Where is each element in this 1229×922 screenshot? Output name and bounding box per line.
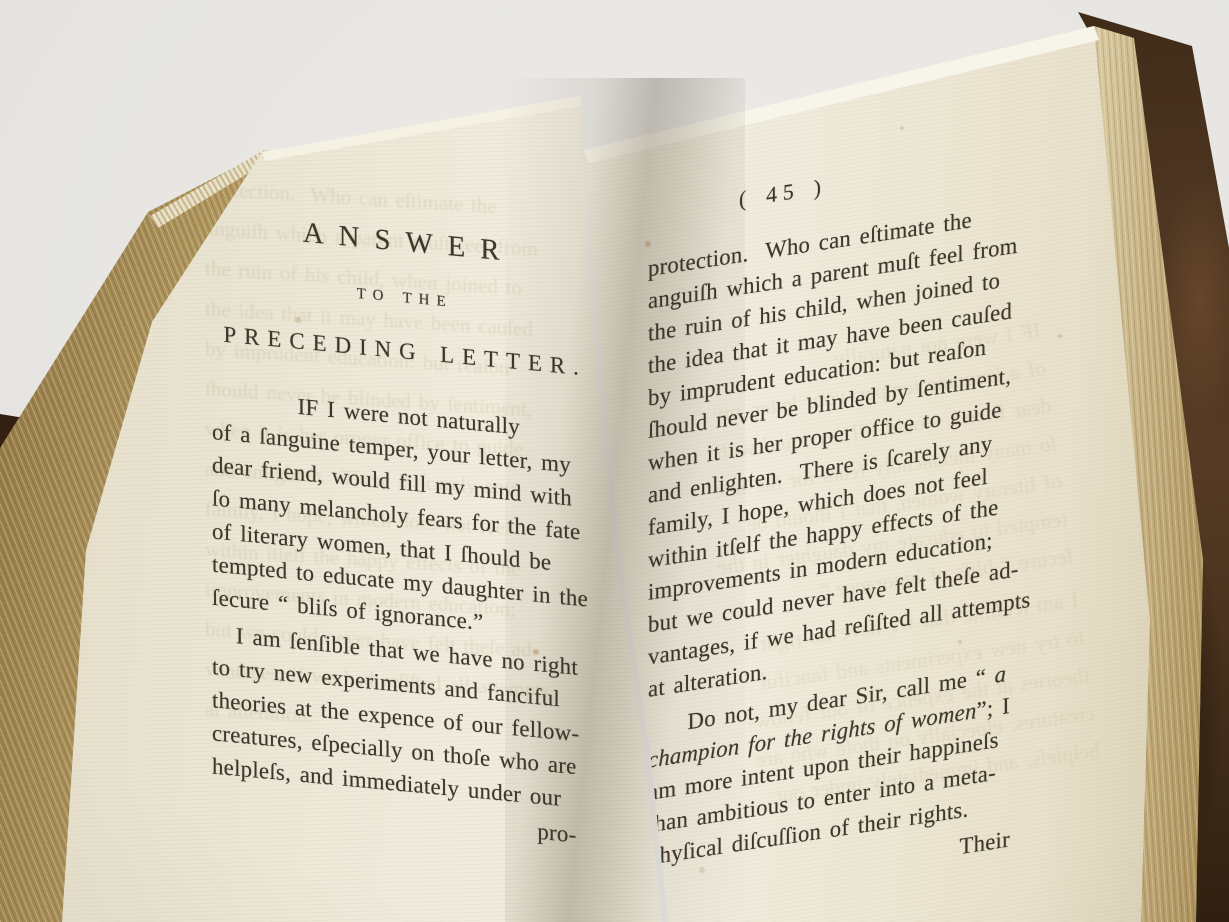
- gutter-shadow: [505, 78, 745, 922]
- book-photo: protection. Who can eſtimate the anguiſh…: [0, 0, 1229, 922]
- foxing-spots: [0, 0, 4, 4]
